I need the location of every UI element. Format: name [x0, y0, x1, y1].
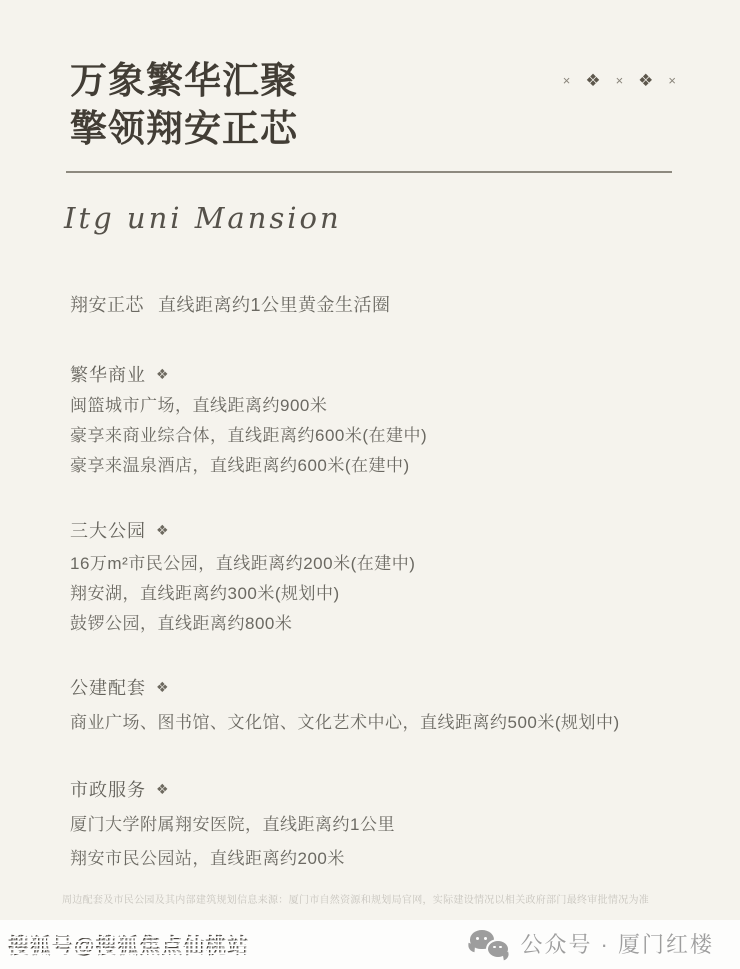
section-title: 三大公园 [70, 517, 146, 543]
list-item: 16万m²市民公园，直线距离约200米(在建中) [70, 549, 415, 579]
section-header-parks: 三大公园 ❖ [70, 517, 170, 543]
intro-highlight: 翔安正芯 [70, 295, 144, 315]
section-header-municipal-services: 市政服务 ❖ [70, 776, 170, 802]
page-title: 万象繁华汇聚 擎领翔安正芯 [70, 58, 298, 154]
section-header-public-facilities: 公建配套 ❖ [70, 674, 170, 700]
diamond-ornament-icon: ❖ [585, 72, 600, 89]
sohu-watermark: 搜狐号@搜狐焦点仙桃站 [8, 930, 249, 960]
section-title: 公建配套 [70, 674, 146, 700]
cross-ornament-icon: × [563, 74, 571, 87]
section-header-commerce: 繁华商业 ❖ [70, 361, 170, 387]
disclaimer-text: 周边配套及市民公园及其内部建筑规划信息来源：厦门市自然资源和规划局官网，实际建设… [62, 891, 649, 906]
page-title-line-2: 擎领翔安正芯 [70, 106, 298, 154]
diamond-icon: ❖ [156, 679, 170, 696]
list-item: 豪享来温泉酒店，直线距离约600米(在建中) [70, 451, 427, 481]
brand-script-logo: Itg uni Mansion [64, 196, 342, 240]
list-item: 鼓锣公园，直线距离约800米 [70, 609, 415, 639]
header-ornament: × ❖ × ❖ × [563, 72, 676, 89]
intro-text: 直线距离约1公里黄金生活圈 [158, 295, 391, 315]
header-divider [66, 171, 672, 173]
list-item: 厦门大学附属翔安医院，直线距离约1公里 [70, 808, 395, 842]
cross-ornament-icon: × [616, 74, 624, 87]
diamond-ornament-icon: ❖ [638, 72, 653, 89]
cross-ornament-icon: × [668, 74, 676, 87]
diamond-icon: ❖ [156, 366, 170, 383]
list-item: 翔安市民公园站，直线距离约200米 [70, 842, 395, 876]
section-item-list-commerce: 闽篮城市广场，直线距离约900米 豪享来商业综合体，直线距离约600米(在建中)… [70, 391, 427, 481]
section-title: 繁华商业 [70, 361, 146, 387]
diamond-icon: ❖ [156, 522, 170, 539]
list-item: 商业广场、图书馆、文化馆、文化艺术中心，直线距离约500米(规划中) [70, 708, 620, 738]
list-item: 豪享来商业综合体，直线距离约600米(在建中) [70, 421, 427, 451]
wechat-icon [470, 929, 508, 959]
section-item-list-municipal-services: 厦门大学附属翔安医院，直线距离约1公里 翔安市民公园站，直线距离约200米 [70, 808, 395, 876]
section-item-list-public-facilities: 商业广场、图书馆、文化馆、文化艺术中心，直线距离约500米(规划中) [70, 708, 620, 738]
wechat-account-row: 公众号 · 厦门红楼 [470, 928, 714, 959]
footer-band: 搜狐号@搜狐焦点仙桃站 公众号 · 厦门红楼 [0, 920, 740, 969]
intro-line: 翔安正芯直线距离约1公里黄金生活圈 [70, 291, 391, 317]
list-item: 翔安湖，直线距离约300米(规划中) [70, 579, 415, 609]
section-item-list-parks: 16万m²市民公园，直线距离约200米(在建中) 翔安湖，直线距离约300米(规… [70, 549, 415, 639]
promo-poster: 万象繁华汇聚 擎领翔安正芯 × ❖ × ❖ × Itg uni Mansion … [0, 0, 740, 969]
diamond-icon: ❖ [156, 781, 170, 798]
list-item: 闽篮城市广场，直线距离约900米 [70, 391, 427, 421]
wechat-account-label: 公众号 · 厦门红楼 [520, 928, 714, 959]
page-title-line-1: 万象繁华汇聚 [70, 58, 298, 106]
section-title: 市政服务 [70, 776, 146, 802]
